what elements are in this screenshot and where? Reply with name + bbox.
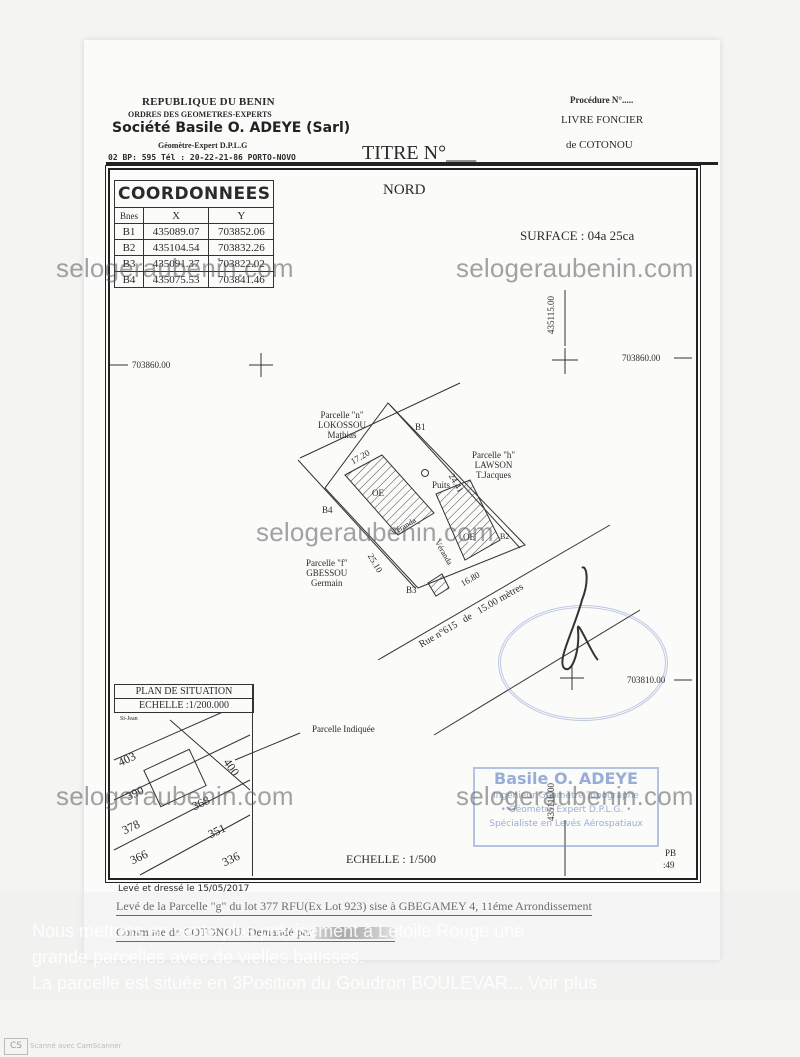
situation-label-stjean: St-Jean [120, 716, 138, 722]
camscanner-logo-icon: CS [4, 1038, 28, 1055]
signature [552, 560, 602, 680]
cell-bne: B1 [115, 224, 144, 240]
parcel-north-owner: LOKOSSOU [318, 420, 366, 430]
cell-y: 703852.06 [209, 224, 274, 240]
boundary-b4: B4 [322, 505, 333, 515]
well-label: Puits [432, 480, 450, 490]
surface-area: SURFACE : 04a 25ca [520, 228, 634, 244]
grid-label-y-right: 703860.00 [622, 353, 660, 363]
description-line-3[interactable]: La parcelle est située en 3Position du G… [32, 970, 772, 996]
table-row: B1 435089.07 703852.06 [115, 224, 274, 240]
parcel-west-owner2: Germain [306, 578, 348, 588]
description-line-1: Nous mettons en vente plus précisement à… [32, 918, 772, 944]
description-line-2: grande parcelles avec de vielles batisse… [32, 944, 772, 970]
parcel-north: Parcelle "n" LOKOSSOU Mathias [318, 410, 366, 440]
parcel-west: Parcelle "f" GBESSOU Germain [306, 558, 348, 588]
camscanner-text: Scanné avec CamScanner [30, 1042, 121, 1050]
parcel-indicated-label: Parcelle Indiquée [312, 724, 375, 734]
stamp-specialty: Spécialiste en Levés Aérospatiaux [475, 817, 657, 831]
pb-label: PB [665, 848, 676, 858]
watermark: selogeraubenin.com [456, 253, 694, 284]
parcel-west-name: Parcelle "f" [306, 558, 348, 568]
col-header-bnes: Bnes [115, 208, 144, 224]
parcel-north-owner2: Mathias [318, 430, 366, 440]
grid-label-x-top: 435115.00 [546, 296, 556, 334]
watermark: selogeraubenin.com [456, 781, 694, 812]
watermark: selogeraubenin.com [256, 517, 494, 548]
boundary-b3: B3 [406, 585, 417, 595]
col-header-y: Y [209, 208, 274, 224]
grid-label-y-left: 703860.00 [132, 360, 170, 370]
north-label: NORD [383, 182, 426, 199]
pb-value: :49 [663, 860, 675, 870]
plan-scale: ECHELLE : 1/500 [346, 852, 436, 867]
parcel-east-owner2: T.Jacques [472, 470, 515, 480]
boundary-b1: B1 [415, 422, 426, 432]
coordinates-title: COORDONNEES [115, 181, 274, 208]
watermark: selogeraubenin.com [56, 253, 294, 284]
parcel-north-name: Parcelle "n" [318, 410, 366, 420]
situation-plan-box [114, 684, 253, 876]
boundary-b2: B2 [500, 532, 509, 541]
parcel-east: Parcelle "h" LAWSON T.Jacques [472, 450, 515, 480]
parcel-east-name: Parcelle "h" [472, 450, 515, 460]
building-oe-1: OE [372, 488, 384, 498]
watermark: selogeraubenin.com [56, 781, 294, 812]
parcel-west-owner: GBESSOU [306, 568, 348, 578]
parcel-east-owner: LAWSON [472, 460, 515, 470]
col-header-x: X [144, 208, 209, 224]
cell-x: 435089.07 [144, 224, 209, 240]
